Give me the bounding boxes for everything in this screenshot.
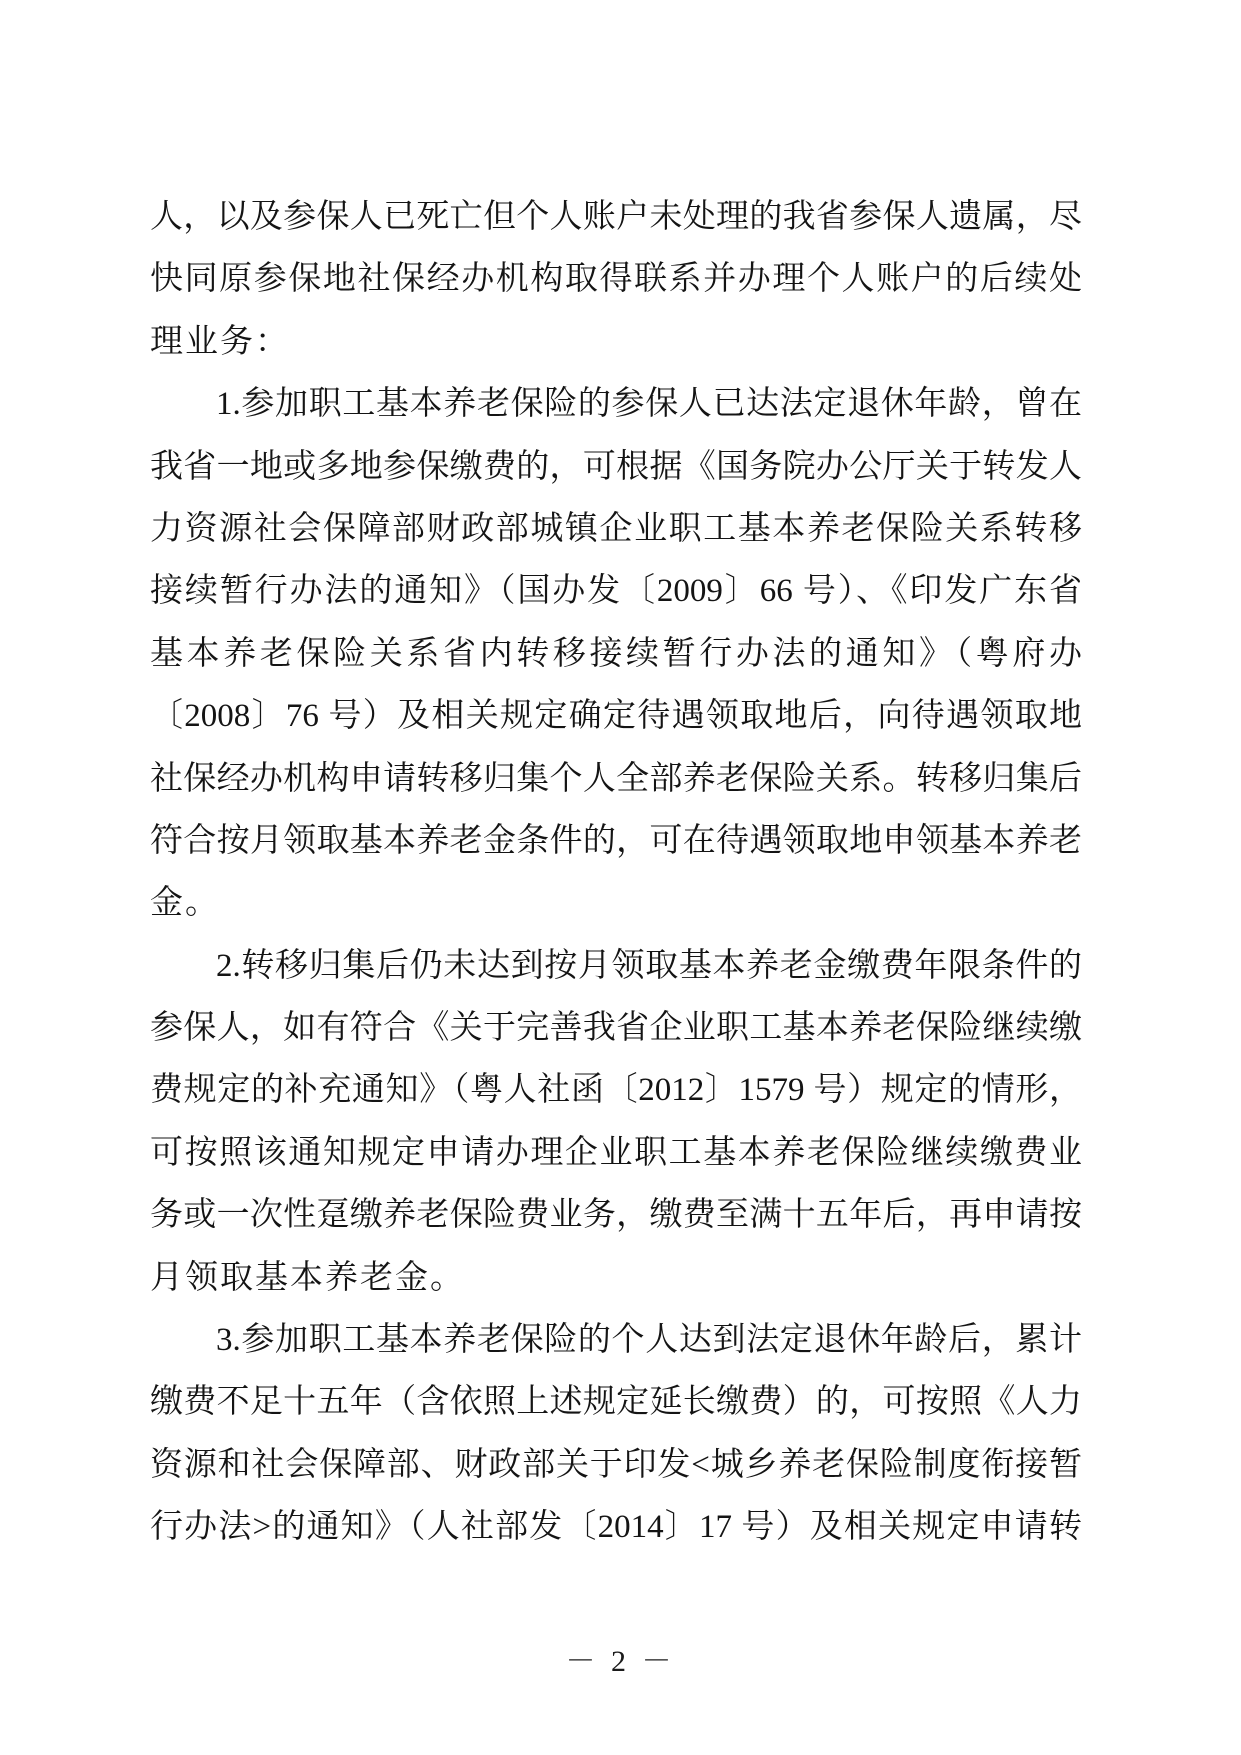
text-line: 力资源社会保障部财政部城镇企业职工基本养老保险关系转移	[150, 498, 1082, 560]
text-line: 金。	[150, 872, 1082, 934]
page-number: － 2 －	[0, 1636, 1241, 1680]
document-body: 人，以及参保人已死亡但个人账户未处理的我省参保人遗属，尽 快同原参保地社保经办机…	[150, 186, 1082, 1559]
text-line: 资源和社会保障部、财政部关于印发<城乡养老保险制度衔接暂	[150, 1434, 1082, 1496]
text-line: 务或一次性趸缴养老保险费业务，缴费至满十五年后，再申请按	[150, 1184, 1082, 1246]
text-line: 接续暂行办法的通知》（国办发〔2009〕66 号）、《印发广东省	[150, 560, 1082, 622]
text-line: 〔2008〕76 号）及相关规定确定待遇领取地后，向待遇领取地的	[150, 685, 1082, 747]
text-line: 1.参加职工基本养老保险的参保人已达法定退休年龄，曾在	[150, 373, 1082, 435]
text-line: 符合按月领取基本养老金条件的，可在待遇领取地申领基本养老	[150, 810, 1082, 872]
text-line: 快同原参保地社保经办机构取得联系并办理个人账户的后续处	[150, 248, 1082, 310]
document-page: 人，以及参保人已死亡但个人账户未处理的我省参保人遗属，尽 快同原参保地社保经办机…	[0, 0, 1241, 1755]
text-line: 基本养老保险关系省内转移接续暂行办法的通知》（粤府办	[150, 623, 1082, 685]
text-line: 月领取基本养老金。	[150, 1247, 1082, 1309]
text-line: 可按照该通知规定申请办理企业职工基本养老保险继续缴费业	[150, 1122, 1082, 1184]
text-line: 社保经办机构申请转移归集个人全部养老保险关系。转移归集后	[150, 748, 1082, 810]
text-line: 费规定的补充通知》（粤人社函〔2012〕1579 号）规定的情形，	[150, 1059, 1082, 1121]
text-line: 3.参加职工基本养老保险的个人达到法定退休年龄后，累计	[150, 1309, 1082, 1371]
text-line: 2.转移归集后仍未达到按月领取基本养老金缴费年限条件的	[150, 935, 1082, 997]
text-line: 缴费不足十五年（含依照上述规定延长缴费）的，可按照《人力	[150, 1371, 1082, 1433]
text-line: 参保人，如有符合《关于完善我省企业职工基本养老保险继续缴	[150, 997, 1082, 1059]
text-line: 我省一地或多地参保缴费的，可根据《国务院办公厅关于转发人	[150, 436, 1082, 498]
text-line: 人，以及参保人已死亡但个人账户未处理的我省参保人遗属，尽	[150, 186, 1082, 248]
text-line: 理业务：	[150, 311, 1082, 373]
text-line: 行办法>的通知》（人社部发〔2014〕17 号）及相关规定申请转	[150, 1496, 1082, 1558]
